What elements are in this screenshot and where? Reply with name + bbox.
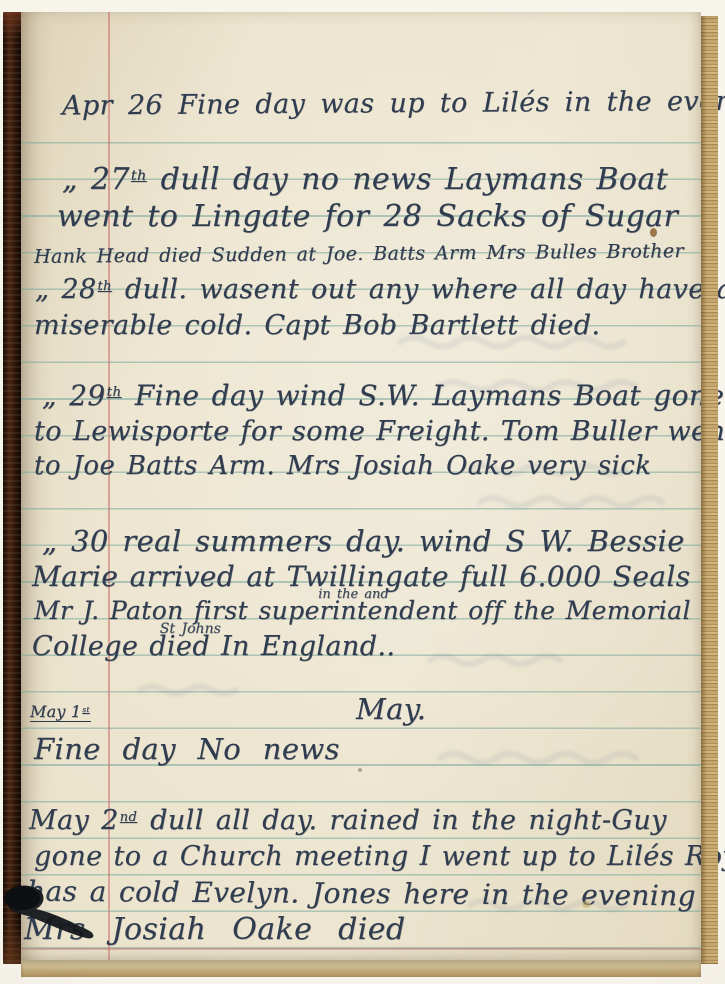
diary-line-apr28-1: „ 28th dull. wasent out any where all da… xyxy=(35,274,725,305)
diary-line-apr29-2: to Lewisporte for some Freight. Tom Bull… xyxy=(34,416,725,447)
diary-line-apr27-2: went to Lingate for 28 Sacks of Sugar xyxy=(57,199,678,234)
may-month-heading: May. xyxy=(356,692,426,726)
diary-line-apr30-3: Mr J. Paton first in the andsuperintende… xyxy=(34,596,691,625)
may1-margin-date: May 1st xyxy=(30,702,91,722)
page-stack-edge-right xyxy=(701,16,718,964)
diary-line-may1: Fine day No news xyxy=(34,732,340,766)
page-edge-bottom xyxy=(21,960,701,977)
handwriting-layer: Apr 26 Fine day was up to Lilés in the e… xyxy=(0,0,725,984)
diary-line-may2-2: gone to a Church meeting I went up to Li… xyxy=(34,841,725,872)
diary-line-apr29-3: to Joe Batts Arm. Mrs Josiah Oake very s… xyxy=(34,451,651,481)
date-superscript: th xyxy=(107,385,122,400)
diary-line-apr30-4: CollegeSt Johns died In England.. xyxy=(32,631,395,662)
diary-line-may2-1: May 2nd dull all day. rained in the nigh… xyxy=(29,805,667,836)
inline-insertion: St Johns xyxy=(160,621,221,637)
date-superscript: th xyxy=(98,279,112,294)
date-superscript: nd xyxy=(120,810,137,825)
entry-text: Apr 26 Fine day was up to Lilés in the e… xyxy=(62,85,725,121)
diary-line-apr27-note: Hank Head died Sudden at Joe. Batts Arm … xyxy=(34,240,684,268)
diary-line-apr27-1: „ 27th dull day no news Laymans Boat xyxy=(62,162,668,197)
diary-line-apr28-2: miserable cold. Capt Bob Bartlett died. xyxy=(34,310,600,341)
diary-line-may2-3: has a cold Evelyn. Jones here in the eve… xyxy=(27,875,696,913)
notebook-scan: Apr 26 Fine day was up to Lilés in the e… xyxy=(0,0,725,984)
diary-line-apr30-1: „ 30 real summers day. wind S W. Bessie xyxy=(42,524,685,558)
diary-line-may2-4: Mrs Josiah Oake died xyxy=(24,912,406,947)
date-superscript: st xyxy=(82,705,89,714)
diary-line-apr29-1: „ 29th Fine day wind S.W. Laymans Boat g… xyxy=(42,379,724,412)
diary-line-apr26: Apr 26 Fine day was up to Lilés in the e… xyxy=(62,85,725,121)
inline-insertion: in the and xyxy=(318,587,389,602)
date-superscript: th xyxy=(131,168,147,184)
